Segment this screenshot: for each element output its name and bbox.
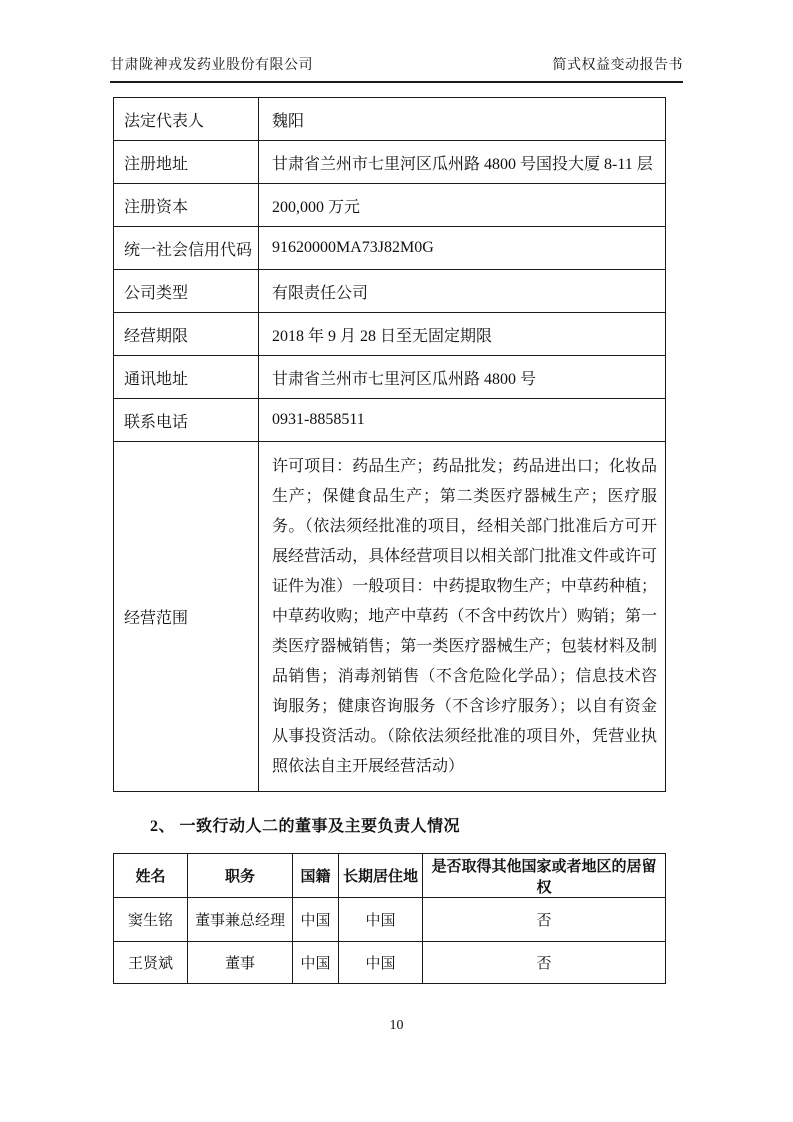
header-company-name: 甘肃陇神戎发药业股份有限公司 (110, 54, 313, 74)
field-value: 魏阳 (259, 98, 666, 141)
table-row: 公司类型 有限责任公司 (114, 270, 666, 313)
field-value-business-scope: 许可项目：药品生产；药品批发；药品进出口；化妆品生产；保健食品生产；第二类医疗器… (259, 442, 666, 792)
table-header-row: 姓名 职务 国籍 长期居住地 是否取得其他国家或者地区的居留权 (114, 854, 666, 898)
table-row: 经营期限 2018 年 9 月 28 日至无固定期限 (114, 313, 666, 356)
company-info-table: 法定代表人 魏阳 注册地址 甘肃省兰州市七里河区瓜州路 4800 号国投大厦 8… (113, 97, 666, 792)
page-number: 10 (0, 1018, 793, 1034)
cell-position: 董事 (188, 942, 293, 984)
document-page: 甘肃陇神戎发药业股份有限公司 简式权益变动报告书 法定代表人 魏阳 注册地址 甘… (0, 0, 793, 1122)
table-row: 注册资本 200,000 万元 (114, 184, 666, 227)
column-header: 是否取得其他国家或者地区的居留权 (423, 854, 666, 898)
directors-table: 姓名 职务 国籍 长期居住地 是否取得其他国家或者地区的居留权 窦生铭 董事兼总… (113, 853, 666, 984)
field-label: 联系电话 (114, 399, 259, 442)
field-label: 通讯地址 (114, 356, 259, 399)
field-label: 注册资本 (114, 184, 259, 227)
field-label: 公司类型 (114, 270, 259, 313)
field-label: 法定代表人 (114, 98, 259, 141)
field-value: 0931-8858511 (259, 399, 666, 442)
column-header: 长期居住地 (339, 854, 423, 898)
column-header: 姓名 (114, 854, 188, 898)
table-row: 联系电话 0931-8858511 (114, 399, 666, 442)
section-heading: 2、 一致行动人二的董事及主要负责人情况 (113, 813, 665, 836)
table-row: 法定代表人 魏阳 (114, 98, 666, 141)
cell-position: 董事兼总经理 (188, 898, 293, 942)
header-report-title: 简式权益变动报告书 (553, 54, 684, 74)
cell-other-residency: 否 (423, 898, 666, 942)
field-value: 甘肃省兰州市七里河区瓜州路 4800 号国投大厦 8-11 层 (259, 141, 666, 184)
column-header: 国籍 (293, 854, 339, 898)
field-label: 经营范围 (114, 442, 259, 792)
field-value: 200,000 万元 (259, 184, 666, 227)
field-value: 2018 年 9 月 28 日至无固定期限 (259, 313, 666, 356)
field-label: 经营期限 (114, 313, 259, 356)
running-header: 甘肃陇神戎发药业股份有限公司 简式权益变动报告书 (110, 54, 683, 83)
cell-residence: 中国 (339, 942, 423, 984)
field-label: 注册地址 (114, 141, 259, 184)
cell-name: 王贤斌 (114, 942, 188, 984)
table-row: 王贤斌 董事 中国 中国 否 (114, 942, 666, 984)
field-value: 有限责任公司 (259, 270, 666, 313)
table-row: 统一社会信用代码 91620000MA73J82M0G (114, 227, 666, 270)
field-value: 91620000MA73J82M0G (259, 227, 666, 270)
table-row: 注册地址 甘肃省兰州市七里河区瓜州路 4800 号国投大厦 8-11 层 (114, 141, 666, 184)
table-row: 通讯地址 甘肃省兰州市七里河区瓜州路 4800 号 (114, 356, 666, 399)
cell-other-residency: 否 (423, 942, 666, 984)
column-header: 职务 (188, 854, 293, 898)
cell-name: 窦生铭 (114, 898, 188, 942)
cell-residence: 中国 (339, 898, 423, 942)
field-label: 统一社会信用代码 (114, 227, 259, 270)
cell-nationality: 中国 (293, 898, 339, 942)
table-row-business-scope: 经营范围 许可项目：药品生产；药品批发；药品进出口；化妆品生产；保健食品生产；第… (114, 442, 666, 792)
field-value: 甘肃省兰州市七里河区瓜州路 4800 号 (259, 356, 666, 399)
table-row: 窦生铭 董事兼总经理 中国 中国 否 (114, 898, 666, 942)
cell-nationality: 中国 (293, 942, 339, 984)
